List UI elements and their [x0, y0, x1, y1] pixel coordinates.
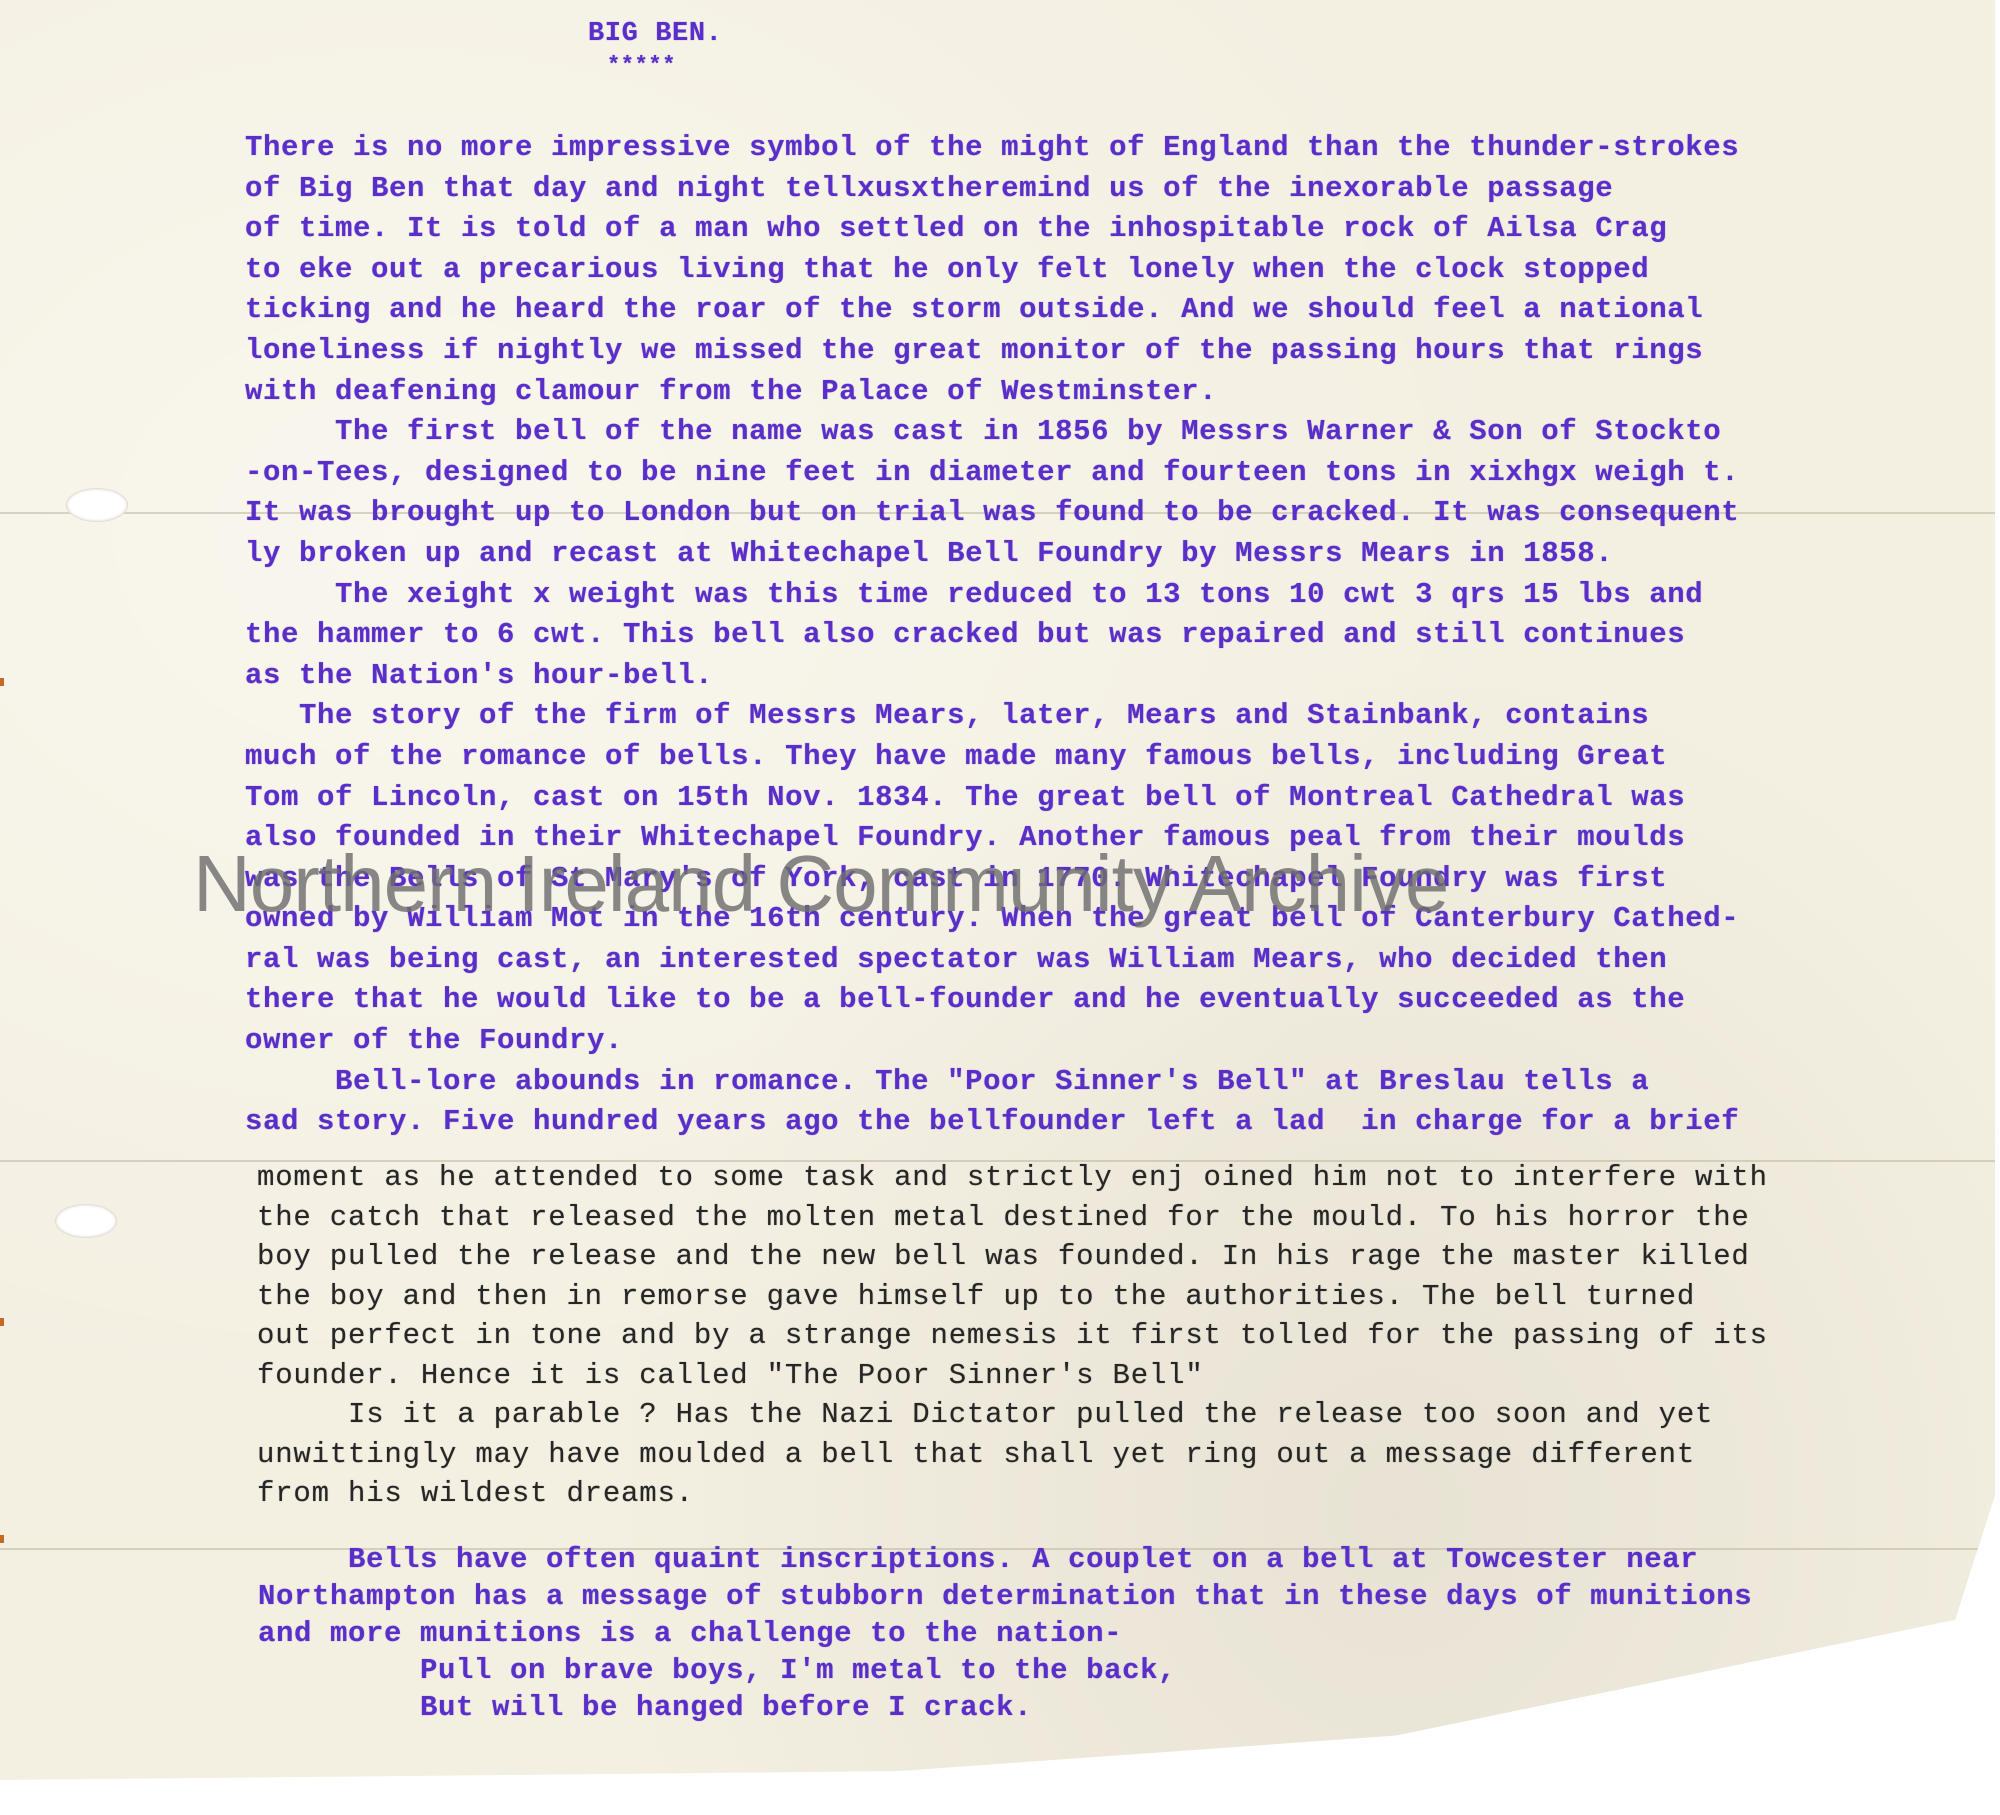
rust-mark: [0, 1535, 4, 1543]
text-line: ral was being cast, an interested specta…: [245, 940, 1739, 981]
body-section-purple-1: There is no more impressive symbol of th…: [245, 128, 1739, 1143]
text-line: ticking and he heard the roar of the sto…: [245, 290, 1739, 331]
watermark: Northern Ireland Community Archive: [193, 838, 1448, 930]
text-line: with deafening clamour from the Palace o…: [245, 372, 1739, 413]
text-line: unwittingly may have moulded a bell that…: [257, 1435, 1768, 1475]
text-line: Northampton has a message of stubborn de…: [258, 1578, 1752, 1615]
text-line: The first bell of the name was cast in 1…: [245, 412, 1739, 453]
punch-hole-icon: [66, 488, 128, 522]
text-line: ly broken up and recast at Whitechapel B…: [245, 534, 1739, 575]
text-line: moment as he attended to some task and s…: [257, 1158, 1768, 1198]
text-line: the boy and then in remorse gave himself…: [257, 1277, 1768, 1317]
text-line: It was brought up to London but on trial…: [245, 493, 1739, 534]
text-line: the hammer to 6 cwt. This bell also crac…: [245, 615, 1739, 656]
text-line: much of the romance of bells. They have …: [245, 737, 1739, 778]
title-ornament: *****: [607, 46, 676, 86]
text-line: from his wildest dreams.: [257, 1474, 1768, 1514]
text-line: founder. Hence it is called "The Poor Si…: [257, 1356, 1768, 1396]
body-section-purple-2: Bells have often quaint inscriptions. A …: [258, 1541, 1752, 1726]
text-line: sad story. Five hundred years ago the be…: [245, 1102, 1739, 1143]
text-line: there that he would like to be a bell-fo…: [245, 980, 1739, 1021]
text-line: The story of the firm of Messrs Mears, l…: [245, 696, 1739, 737]
rust-mark: [0, 1318, 4, 1326]
text-line: as the Nation's hour-bell.: [245, 656, 1739, 697]
punch-hole-icon: [55, 1204, 117, 1238]
text-line: Bells have often quaint inscriptions. A …: [258, 1541, 1752, 1578]
text-line: out perfect in tone and by a strange nem…: [257, 1316, 1768, 1356]
text-line: the catch that released the molten metal…: [257, 1198, 1768, 1238]
text-line: But will be hanged before I crack.: [258, 1689, 1752, 1726]
text-line: Is it a parable ? Has the Nazi Dictator …: [257, 1395, 1768, 1435]
text-line: The xeight x weight was this time reduce…: [245, 575, 1739, 616]
text-line: of time. It is told of a man who settled…: [245, 209, 1739, 250]
text-line: boy pulled the release and the new bell …: [257, 1237, 1768, 1277]
text-line: loneliness if nightly we missed the grea…: [245, 331, 1739, 372]
text-line: Pull on brave boys, I'm metal to the bac…: [258, 1652, 1752, 1689]
body-section-black: moment as he attended to some task and s…: [257, 1158, 1768, 1514]
text-line: of Big Ben that day and night tellxusxth…: [245, 169, 1739, 210]
text-line: Bell-lore abounds in romance. The "Poor …: [245, 1062, 1739, 1103]
text-line: owner of the Foundry.: [245, 1021, 1739, 1062]
text-line: Tom of Lincoln, cast on 15th Nov. 1834. …: [245, 778, 1739, 819]
text-line: and more munitions is a challenge to the…: [258, 1615, 1752, 1652]
rust-mark: [0, 678, 4, 686]
text-line: There is no more impressive symbol of th…: [245, 128, 1739, 169]
text-line: to eke out a precarious living that he o…: [245, 250, 1739, 291]
text-line: -on-Tees, designed to be nine feet in di…: [245, 453, 1739, 494]
